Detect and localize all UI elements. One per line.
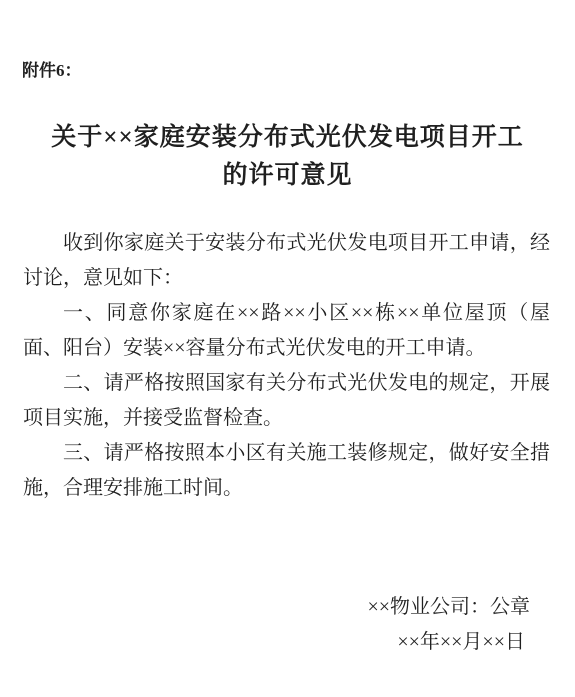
document-title: 关于××家庭安装分布式光伏发电项目开工 的许可意见 xyxy=(20,119,555,195)
document-title-line-1: 关于××家庭安装分布式光伏发电项目开工 xyxy=(20,119,555,157)
paragraph-item-3: 三、请严格按照本小区有关施工装修规定，做好安全措施，合理安排施工时间。 xyxy=(23,436,550,506)
signature-date: ××年××月××日 xyxy=(0,625,575,660)
signature-block: ××物业公司：公章 ××年××月××日 xyxy=(0,590,575,660)
document-title-line-2: 的许可意见 xyxy=(20,157,555,195)
document-body: 收到你家庭关于安装分布式光伏发电项目开工申请，经讨论，意见如下： 一、同意你家庭… xyxy=(23,226,550,506)
document-page: 附件6： 关于××家庭安装分布式光伏发电项目开工 的许可意见 收到你家庭关于安装… xyxy=(0,0,575,697)
paragraph-item-2: 二、请严格按照国家有关分布式光伏发电的规定，开展项目实施，并接受监督检查。 xyxy=(23,366,550,436)
paragraph-item-1: 一、同意你家庭在××路××小区××栋××单位屋顶（屋面、阳台）安装××容量分布式… xyxy=(23,296,550,366)
attachment-label: 附件6： xyxy=(0,0,575,82)
paragraph-intro: 收到你家庭关于安装分布式光伏发电项目开工申请，经讨论，意见如下： xyxy=(23,226,550,296)
signature-company: ××物业公司：公章 xyxy=(0,590,575,625)
